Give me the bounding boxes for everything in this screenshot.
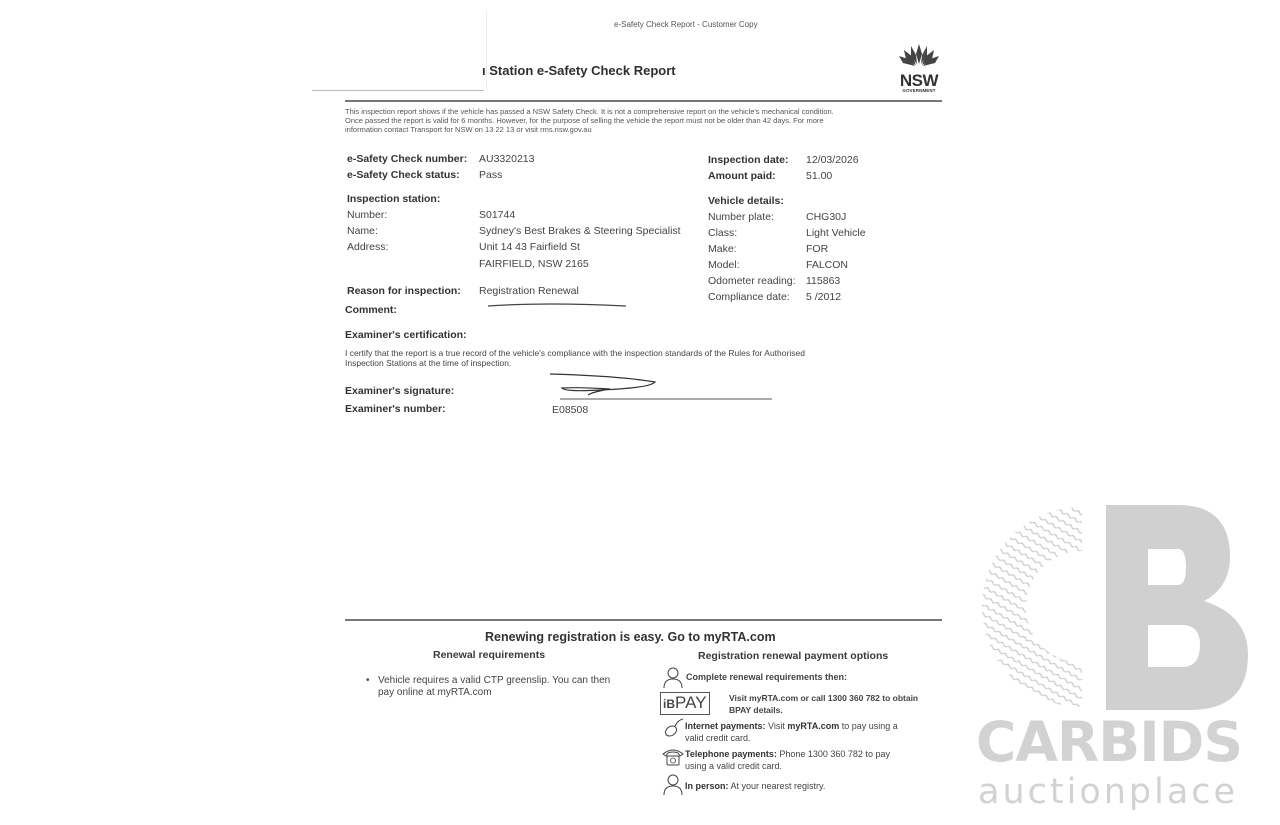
comment-pen-stroke xyxy=(486,301,628,309)
station-number-value: S01744 xyxy=(479,209,515,221)
station-name-label: Name: xyxy=(347,225,378,237)
telephone-payments: Telephone payments: Phone 1300 360 782 t… xyxy=(685,748,890,772)
bpay-line: BPAY details. xyxy=(729,704,918,716)
reason-label: Reason for inspection: xyxy=(347,285,461,297)
watermark-tagline: auctionplace xyxy=(978,772,1238,812)
scan-edge xyxy=(486,10,487,90)
report-caption: e-Safety Check Report - Customer Copy xyxy=(614,20,758,29)
model-value: FALCON xyxy=(806,259,848,271)
inspection-date-label: Inspection date: xyxy=(708,154,789,166)
nsw-logo-subtext: GOVERNMENT xyxy=(896,88,942,93)
compliance-label: Compliance date: xyxy=(708,291,790,303)
bpay-line: Visit myRTA.com or call 1300 360 782 to … xyxy=(729,692,918,704)
plate-value: CHG30J xyxy=(806,211,846,223)
check-status-label: e-Safety Check status: xyxy=(347,169,460,181)
signature-label: Examiner's signature: xyxy=(345,385,454,397)
requirement-line: Vehicle requires a valid CTP greenslip. … xyxy=(378,675,610,687)
station-heading: Inspection station: xyxy=(347,193,440,205)
plate-label: Number plate: xyxy=(708,211,774,223)
check-number-label: e-Safety Check number: xyxy=(347,153,467,165)
renewal-divider xyxy=(345,619,942,621)
station-number-label: Number: xyxy=(347,209,387,221)
intro-line: This inspection report shows if the vehi… xyxy=(345,107,945,116)
intro-line: Once passed the report is valid for 6 mo… xyxy=(345,116,945,125)
make-value: FOR xyxy=(806,243,828,255)
myrta-link[interactable]: myRTA.com xyxy=(787,721,839,731)
check-status-value: Pass xyxy=(479,169,502,181)
telephone-icon xyxy=(661,746,685,768)
intro-text: This inspection report shows if the vehi… xyxy=(345,107,945,134)
odometer-label: Odometer reading: xyxy=(708,275,796,287)
certification-heading: Examiner's certification: xyxy=(345,329,467,341)
complete-requirements-text: Complete renewal requirements then: xyxy=(686,671,847,683)
waratah-icon xyxy=(897,42,941,68)
bullet-icon: • xyxy=(366,675,370,686)
examiner-signature xyxy=(540,370,780,402)
check-number-value: AU3320213 xyxy=(479,153,534,165)
person-icon xyxy=(662,774,684,796)
report-title: ı Station e-Safety Check Report xyxy=(482,63,676,78)
requirements-heading: Renewal requirements xyxy=(433,649,545,661)
person-icon xyxy=(662,667,684,689)
vehicle-heading: Vehicle details: xyxy=(708,195,784,207)
examiner-number-label: Examiner's number: xyxy=(345,403,446,415)
payment-options-heading: Registration renewal payment options xyxy=(698,650,888,662)
station-address-label: Address: xyxy=(347,241,388,253)
carbids-logo-icon xyxy=(978,505,1256,710)
certification-line: I certify that the report is a true reco… xyxy=(345,348,805,358)
telephone-payments-label: Telephone payments: xyxy=(685,749,777,759)
in-person: In person: At your nearest registry. xyxy=(685,780,825,792)
class-label: Class: xyxy=(708,227,737,239)
in-person-text: At your nearest registry. xyxy=(729,781,826,791)
comment-label: Comment: xyxy=(345,304,397,316)
renewal-headline: Renewing registration is easy. Go to myR… xyxy=(485,630,776,644)
examiner-number-value: E08508 xyxy=(552,404,588,416)
scan-rule xyxy=(312,90,484,91)
station-address-line2: FAIRFIELD, NSW 2165 xyxy=(479,258,589,270)
class-value: Light Vehicle xyxy=(806,227,866,239)
internet-payments-text: to pay using a xyxy=(839,721,898,731)
reason-value: Registration Renewal xyxy=(479,285,579,297)
model-label: Model: xyxy=(708,259,740,271)
compliance-value: 5 /2012 xyxy=(806,291,841,303)
requirement-line: pay online at myRTA.com xyxy=(378,687,610,699)
internet-payments-label: Internet payments: xyxy=(685,721,766,731)
make-label: Make: xyxy=(708,243,737,255)
internet-payments-text: Visit xyxy=(766,721,788,731)
bpay-text: Visit myRTA.com or call 1300 360 782 to … xyxy=(729,692,918,716)
odometer-value: 115863 xyxy=(806,275,840,287)
in-person-label: In person: xyxy=(685,781,729,791)
intro-line: information contact Transport for NSW on… xyxy=(345,125,945,134)
mouse-icon xyxy=(662,717,684,739)
nsw-logo-text: NSW xyxy=(896,73,942,88)
header-divider xyxy=(345,100,942,102)
amount-paid-label: Amount paid: xyxy=(708,170,776,182)
nsw-logo: NSW GOVERNMENT xyxy=(896,42,942,93)
telephone-payments-text: Phone 1300 360 782 to pay xyxy=(777,749,890,759)
inspection-date-value: 12/03/2026 xyxy=(806,154,859,166)
bpay-logo-text: PAY xyxy=(675,693,707,712)
requirement-item: Vehicle requires a valid CTP greenslip. … xyxy=(378,675,610,699)
station-name-value: Sydney's Best Brakes & Steering Speciali… xyxy=(479,225,681,237)
bpay-b-icon: iB xyxy=(663,697,675,711)
station-address-line1: Unit 14 43 Fairfield St xyxy=(479,241,580,253)
internet-payments-line2: valid credit card. xyxy=(685,732,898,744)
amount-paid-value: 51.00 xyxy=(806,170,832,182)
certification-line: Inspection Stations at the time of inspe… xyxy=(345,358,805,368)
watermark-brand: CARBIDS xyxy=(976,712,1242,772)
bpay-logo: iBPAY xyxy=(660,692,710,715)
telephone-payments-line2: using a valid credit card. xyxy=(685,760,890,772)
internet-payments: Internet payments: Visit myRTA.com to pa… xyxy=(685,720,898,744)
certification-text: I certify that the report is a true reco… xyxy=(345,348,805,368)
